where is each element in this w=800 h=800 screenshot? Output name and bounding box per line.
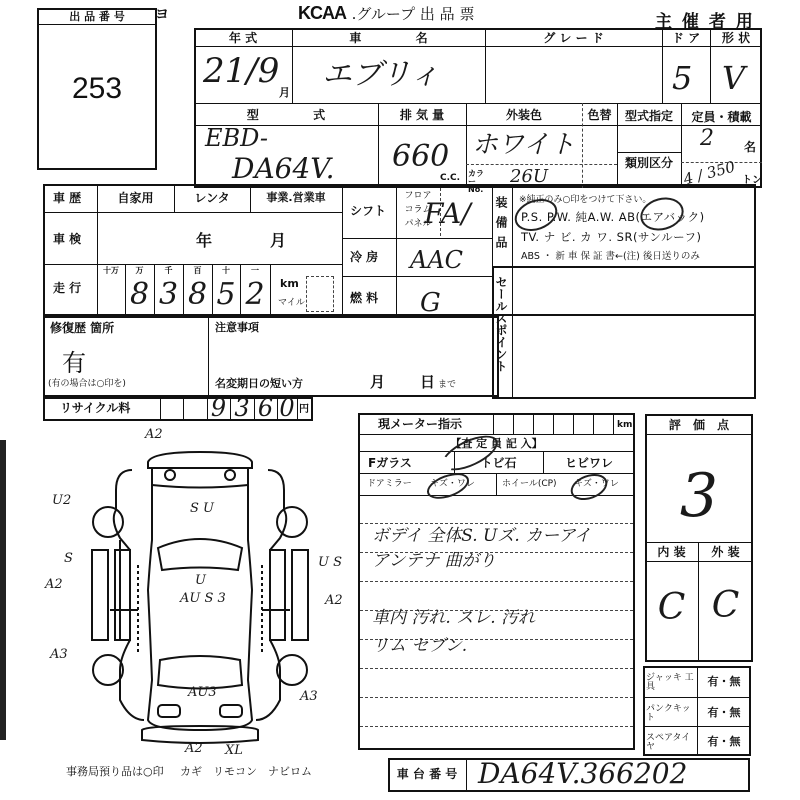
equipment-label: 装備品: [495, 196, 507, 256]
damage-mark: A2: [45, 578, 63, 591]
damage-mark: A3: [300, 690, 318, 703]
damage-mark: AU S 3: [180, 592, 226, 605]
mileage-digit: 3: [154, 280, 183, 310]
inspector-comment: アンテナ 曲がり: [372, 553, 496, 570]
mileage-unit-checkbox[interactable]: [306, 276, 334, 312]
scan-edge: [0, 440, 6, 740]
windshield-label: Fガラス: [368, 457, 412, 469]
inspector-comment: リム セブン.: [372, 638, 467, 655]
accessory-label: パンクキット: [646, 705, 696, 723]
overall-grade-label: 評 価 点: [645, 419, 753, 431]
shape-label: 形 状: [710, 32, 762, 44]
mileage-digit-label: 十: [212, 267, 240, 275]
accessory-label: ジャッキ 工具: [646, 674, 696, 692]
name-change-until: まで: [438, 381, 456, 390]
mileage-digit-label: 十万: [97, 267, 125, 275]
mileage-digit: 2: [240, 280, 270, 310]
sale-points-box: [492, 266, 756, 399]
color-label: 外装色: [466, 109, 582, 121]
damage-mark: S U: [190, 502, 214, 515]
car-name-value: エブリィ: [322, 60, 440, 90]
accessory-value[interactable]: 有・無: [697, 676, 751, 687]
inspection-month-unit: 月: [270, 233, 286, 249]
mileage-unit-km: km: [280, 278, 299, 289]
header-brand-row: KCAA .グループ 出 品 票: [298, 3, 474, 24]
deposit-item-key[interactable]: カギ: [180, 766, 202, 777]
damage-mark: A2: [185, 742, 203, 755]
damage-mark: S: [64, 552, 73, 565]
accessory-label: スペアタイヤ: [646, 734, 696, 752]
mileage-digit: 5: [212, 280, 240, 310]
lot-number-label: 出 品 番 号: [37, 11, 157, 22]
repair-label: 修復歴 箇所: [50, 322, 114, 334]
color-value: ホワイト: [472, 132, 575, 158]
shape-value: V: [722, 62, 745, 94]
meter-label: 現メーター指示: [378, 418, 462, 430]
mileage-digit: 8: [125, 280, 154, 310]
interior-grade-value: C: [645, 590, 698, 626]
inspector-comment: ボデイ 全体S. Uズ. カーアイ: [372, 528, 591, 545]
displacement-label: 排 気 量: [378, 109, 466, 121]
damage-mark: XL: [225, 744, 243, 757]
mileage-label: 走 行: [53, 282, 81, 294]
capacity-persons-value: 2: [700, 128, 714, 150]
overall-grade-value: 3: [645, 466, 753, 526]
mileage-digit-label: 千: [154, 267, 183, 275]
damage-mark: A2: [145, 428, 163, 441]
chassis-label: 車 台 番 号: [388, 768, 466, 780]
exterior-grade-value: C: [698, 588, 753, 624]
type-designation-label: 型式指定: [617, 110, 681, 122]
equipment-row3[interactable]: ABS ・ 新 車 保 証 書←(注) 後日送りのみ: [521, 252, 700, 262]
chassis-value: DA64V.366202: [478, 760, 687, 788]
usage-option-private[interactable]: 自家用: [97, 192, 174, 204]
usage-option-rental[interactable]: レンタ: [174, 192, 250, 204]
windshield-option-crack[interactable]: ヒビワレ: [543, 457, 635, 469]
capacity-label: 定員・積載: [681, 111, 762, 123]
accessory-value[interactable]: 有・無: [697, 736, 751, 747]
deposit-item-navi-rom[interactable]: ナビロム: [268, 766, 312, 777]
damage-mark: U: [195, 574, 206, 587]
capacity-persons-unit: 名: [744, 141, 756, 153]
wheel-label: ホイール(CP): [502, 480, 557, 489]
name-change-day: 日: [420, 375, 435, 390]
deposit-item-remote[interactable]: リモコン: [213, 766, 257, 777]
grade-label: グ レ ー ド: [485, 32, 662, 44]
year-label: 年 式: [194, 32, 292, 44]
door-label: ド ア: [662, 32, 710, 44]
ac-label: 冷 房: [350, 251, 378, 263]
grade-field[interactable]: [487, 48, 660, 102]
usage-label: 車 歴: [53, 192, 81, 204]
inspection-year-unit: 年: [196, 233, 212, 249]
year-value: 21/9: [203, 54, 279, 88]
car-name-label: 車 名: [292, 32, 485, 44]
ac-value: AAC: [410, 248, 463, 272]
repair-note: (有の場合は○印を): [48, 380, 126, 389]
displacement-unit: C.C.: [440, 174, 460, 183]
mileage-unit-mile: マイル: [278, 299, 305, 308]
damage-mark: A2: [325, 594, 343, 607]
fuel-value: G: [420, 290, 441, 316]
interior-grade-label: 内 装: [645, 546, 698, 558]
recycle-digit: 0: [277, 396, 297, 420]
recycle-digit: 3: [230, 396, 254, 420]
brand-logo: KCAA: [298, 3, 346, 23]
damage-mark: U S: [318, 556, 342, 569]
recycle-digit: 9: [207, 396, 230, 420]
model-value-line1: EBD-: [205, 126, 268, 150]
mirror-label: ドアミラー: [367, 480, 412, 489]
equipment-row2[interactable]: TV. ナ ビ. カ ワ. SR(サンルーフ): [521, 232, 701, 244]
corner-mark: ヨ: [155, 8, 169, 22]
usage-option-business[interactable]: 事業.営業車: [250, 192, 342, 203]
mileage-digit-label: 万: [125, 267, 154, 275]
inspector-comment: 車内 汚れ. スレ. 汚れ: [372, 610, 535, 627]
meter-unit: km: [617, 421, 632, 430]
recycle-unit: 円: [299, 405, 309, 415]
inspection-label: 車 検: [53, 233, 81, 245]
deposit-label: 事務局預り品は○印: [66, 766, 164, 777]
color-change-label: 色替: [582, 109, 617, 121]
door-value: 5: [672, 62, 692, 94]
exterior-grade-label: 外 装: [698, 546, 753, 558]
lot-number-value: 253: [37, 72, 157, 106]
model-value-line2: DA64V.: [232, 155, 335, 183]
mileage-digit-label: 百: [183, 267, 212, 275]
shift-label: シフト: [350, 205, 386, 217]
damage-mark: U2: [52, 494, 71, 507]
shift-value: FA/: [424, 200, 471, 228]
model-label: 型 式: [194, 109, 378, 121]
form-title: .グループ 出 品 票: [352, 5, 475, 23]
recycle-label: リサイクル料: [60, 402, 130, 414]
name-change-month: 月: [370, 375, 385, 390]
year-month-unit: 月: [279, 87, 290, 98]
damage-mark: A3: [50, 648, 68, 661]
category-label: 類別区分: [617, 157, 681, 169]
repair-value: 有: [62, 343, 86, 378]
name-change-label: 名変期日の短い方: [215, 378, 303, 389]
displacement-value: 660: [392, 142, 449, 172]
recycle-digit: 6: [254, 396, 277, 420]
damage-mark: AU3: [188, 686, 217, 699]
notes-label: 注意事項: [215, 322, 259, 333]
accessory-value[interactable]: 有・無: [697, 707, 751, 718]
fuel-label: 燃 料: [350, 292, 378, 304]
mileage-digit: 8: [183, 280, 212, 310]
mileage-digit-label: 一: [240, 267, 270, 275]
